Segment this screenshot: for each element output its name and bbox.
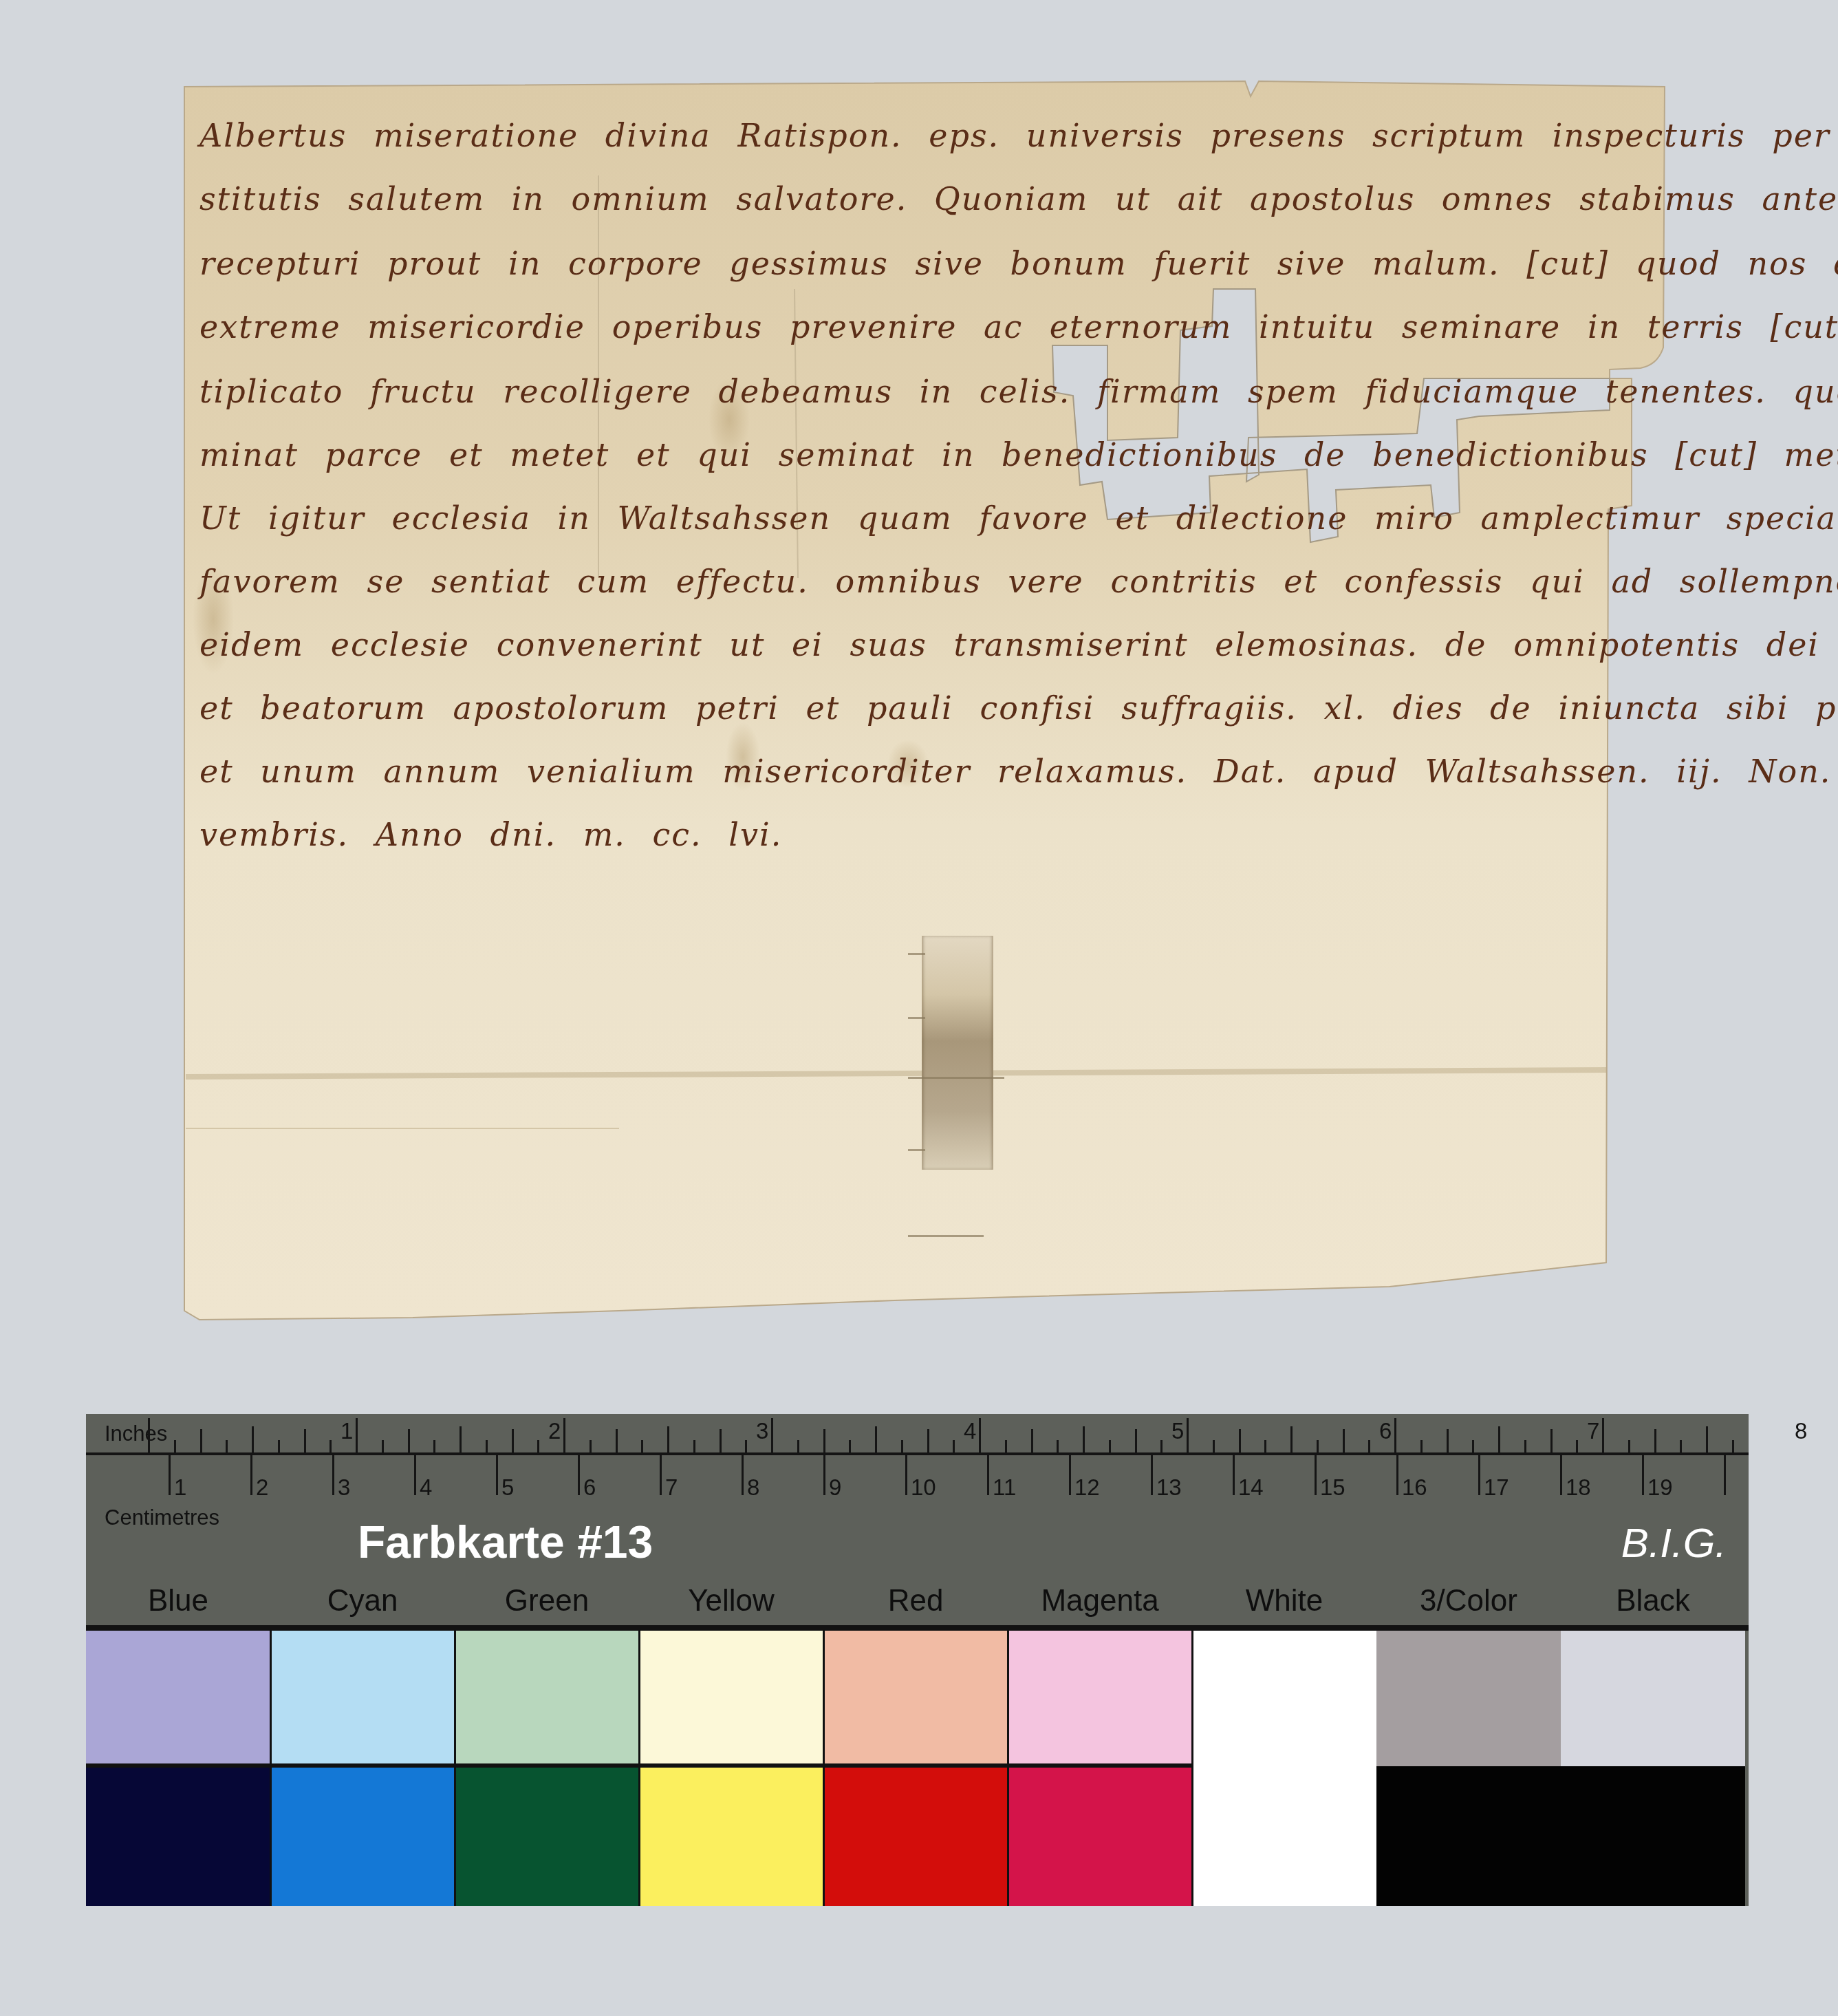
cm-tick [1560, 1455, 1562, 1495]
inch-tick [1290, 1426, 1293, 1454]
inch-tick [927, 1429, 929, 1454]
cm-tick [332, 1455, 334, 1495]
swatch-light-magenta [1008, 1631, 1192, 1766]
cm-tick [169, 1455, 171, 1495]
inch-tick [382, 1440, 384, 1454]
cm-tick [1642, 1455, 1644, 1495]
swatch-label-cyan: Cyan [270, 1586, 455, 1616]
inch-tick [1160, 1440, 1163, 1454]
swatch-separator [823, 1631, 825, 1906]
inch-tick [1187, 1418, 1189, 1454]
inch-tick [174, 1440, 176, 1454]
cm-number: 5 [501, 1476, 514, 1499]
inch-tick [641, 1440, 643, 1454]
inch-tick [459, 1426, 462, 1454]
cm-tick [987, 1455, 989, 1495]
inch-tick [1498, 1426, 1500, 1454]
inch-tick [693, 1440, 695, 1454]
swatch-dark-cyan [270, 1766, 455, 1906]
cm-number: 14 [1238, 1476, 1264, 1499]
inch-tick [953, 1440, 955, 1454]
inch-tick [1706, 1426, 1708, 1454]
cm-tick [250, 1455, 252, 1495]
seal-slit [908, 1017, 925, 1019]
cm-tick [1478, 1455, 1480, 1495]
cm-number: 12 [1074, 1476, 1100, 1499]
inch-tick [304, 1429, 306, 1454]
swatch-light-red [823, 1631, 1008, 1766]
swatch-label-3color: 3/Color [1376, 1586, 1561, 1616]
card-brand: B.I.G. [1621, 1523, 1727, 1564]
inch-tick [433, 1440, 435, 1454]
swatch-light-green [455, 1631, 639, 1766]
inch-tick [486, 1440, 488, 1454]
swatch-light-3color [1376, 1631, 1561, 1766]
swatch-label-green: Green [455, 1586, 639, 1616]
inch-tick [1264, 1440, 1266, 1454]
card-title: Farbkarte #13 [358, 1519, 653, 1565]
inch-tick [1057, 1440, 1059, 1454]
cm-number: 7 [665, 1476, 678, 1499]
cm-tick [1151, 1455, 1153, 1495]
cm-tick [496, 1455, 498, 1495]
inch-tick [1317, 1440, 1319, 1454]
cm-tick [578, 1455, 580, 1495]
inch-tick [1680, 1440, 1682, 1454]
inch-tick [200, 1429, 202, 1454]
cm-number: 1 [174, 1476, 186, 1499]
swatch-separator [638, 1631, 640, 1906]
swatch-label-magenta: Magenta [1008, 1586, 1192, 1616]
cm-number: 17 [1484, 1476, 1509, 1499]
cm-number: 11 [993, 1476, 1016, 1499]
seal-tag-strip [922, 936, 993, 1170]
inch-number: 7 [1587, 1419, 1599, 1442]
swatch-dark-black [1561, 1766, 1745, 1906]
inch-tick [901, 1440, 903, 1454]
cm-number: 16 [1402, 1476, 1427, 1499]
inch-tick [1394, 1418, 1396, 1454]
inch-tick [1343, 1429, 1345, 1454]
cm-number: 18 [1566, 1476, 1591, 1499]
inch-tick [148, 1418, 150, 1454]
swatch-separator [1191, 1631, 1193, 1906]
swatch-label-yellow: Yellow [639, 1586, 823, 1616]
cm-tick [1233, 1455, 1235, 1495]
cm-tick [1315, 1455, 1317, 1495]
cm-number: 19 [1647, 1476, 1673, 1499]
inch-number: 5 [1171, 1419, 1184, 1442]
cm-number: 9 [829, 1476, 841, 1499]
inch-tick [771, 1418, 773, 1454]
inch-tick [1654, 1429, 1656, 1454]
inch-tick [1005, 1440, 1007, 1454]
swatch-dark-blue [86, 1766, 270, 1906]
cm-number: 6 [583, 1476, 596, 1499]
inch-tick [979, 1418, 981, 1454]
swatch-label-red: Red [823, 1586, 1008, 1616]
swatch-separator [454, 1631, 456, 1906]
text-line-12: vembris. Anno dni. m. cc. lvi. [199, 816, 782, 853]
inch-tick [252, 1426, 254, 1454]
cm-tick [742, 1455, 744, 1495]
swatch-light-black [1561, 1631, 1745, 1766]
color-reference-card: Inches 12345678 123456789101112131415161… [86, 1414, 1749, 1906]
inch-tick [875, 1426, 877, 1454]
text-line-6: minat parce et metet et qui seminat in b… [199, 436, 1838, 473]
inch-number: 4 [964, 1419, 976, 1442]
seal-slit [908, 1149, 925, 1151]
inch-tick [1135, 1429, 1137, 1454]
inch-tick [1550, 1429, 1553, 1454]
inches-label: Inches [105, 1423, 167, 1444]
inch-tick [1472, 1440, 1474, 1454]
cm-tick [1724, 1455, 1726, 1495]
inch-tick [512, 1429, 514, 1454]
inch-tick [1083, 1426, 1085, 1454]
inch-tick [1239, 1429, 1241, 1454]
inch-tick [1109, 1440, 1111, 1454]
seal-slit [908, 953, 925, 955]
swatch-dark-magenta [1008, 1766, 1192, 1906]
text-line-11: et unum annum venialium misericorditer r… [199, 753, 1838, 790]
inch-tick [616, 1429, 618, 1454]
inch-number: 2 [548, 1419, 561, 1442]
inch-tick [563, 1418, 565, 1454]
cm-number: 8 [747, 1476, 759, 1499]
swatch-light-white [1192, 1631, 1376, 1766]
inch-tick [1213, 1440, 1215, 1454]
charter-parchment: Albertus miseratione divina Ratispon. ep… [0, 0, 1838, 1376]
swatch-dark-yellow [639, 1766, 823, 1906]
inch-tick [408, 1429, 410, 1454]
inch-tick [849, 1440, 851, 1454]
swatch-label-blue: Blue [86, 1586, 270, 1616]
cm-number: 10 [911, 1476, 936, 1499]
text-line-1: Albertus miseratione divina Ratispon. ep… [199, 117, 1838, 154]
cm-number: 15 [1320, 1476, 1345, 1499]
cm-tick [1069, 1455, 1071, 1495]
inch-tick [226, 1440, 228, 1454]
swatch-label-white: White [1192, 1586, 1376, 1616]
inch-tick [356, 1418, 358, 1454]
seal-slit [908, 1077, 1004, 1079]
inch-tick [797, 1440, 799, 1454]
seal-slit [908, 1235, 984, 1237]
inch-tick [720, 1429, 722, 1454]
text-line-5: tiplicato fructu recolligere debeamus in… [199, 373, 1838, 410]
swatch-separator [1007, 1631, 1009, 1906]
swatch-separator [270, 1631, 272, 1906]
swatch-label-black: Black [1561, 1586, 1745, 1616]
inch-tick [1524, 1440, 1526, 1454]
cm-tick [823, 1455, 825, 1495]
inch-tick [823, 1429, 825, 1454]
text-line-3: recepturi prout in corpore gessimus sive… [199, 245, 1838, 282]
inch-tick [329, 1440, 332, 1454]
inch-tick [590, 1440, 592, 1454]
inch-number: 8 [1795, 1419, 1807, 1442]
inch-tick [1447, 1429, 1449, 1454]
inch-tick [745, 1440, 747, 1454]
inch-tick [1628, 1440, 1630, 1454]
cm-number: 3 [338, 1476, 350, 1499]
swatch-divider [86, 1625, 1749, 1631]
inch-number: 6 [1379, 1419, 1392, 1442]
inch-tick [1732, 1440, 1734, 1454]
text-line-10: et beatorum apostolorum petri et pauli c… [199, 689, 1838, 727]
centimetres-label: Centimetres [105, 1507, 219, 1528]
cm-tick [905, 1455, 907, 1495]
swatch-light-cyan [270, 1631, 455, 1766]
swatch-light-yellow [639, 1631, 823, 1766]
text-line-7: Ut igitur ecclesia in Waltsahssen quam f… [199, 500, 1838, 537]
cm-tick [660, 1455, 662, 1495]
cm-number: 2 [256, 1476, 268, 1499]
inch-number: 3 [756, 1419, 768, 1442]
inch-tick [667, 1426, 669, 1454]
inch-tick [1368, 1440, 1370, 1454]
cm-tick [414, 1455, 416, 1495]
swatch-dark-green [455, 1766, 639, 1906]
text-line-9: eidem ecclesie convenerint ut ei suas tr… [199, 626, 1838, 663]
swatch-dark-red [823, 1766, 1008, 1906]
swatch-dark-white [1192, 1766, 1376, 1906]
text-line-2: stitutis salutem in omnium salvatore. Qu… [199, 180, 1838, 217]
cm-number: 13 [1156, 1476, 1182, 1499]
swatch-row-separator [86, 1763, 1192, 1768]
inch-tick [278, 1440, 280, 1454]
cm-tick [1396, 1455, 1398, 1495]
inch-tick [1420, 1440, 1423, 1454]
inch-tick [1602, 1418, 1604, 1454]
text-line-4: extreme misericordie operibus prevenire … [199, 308, 1838, 345]
inch-tick [537, 1440, 539, 1454]
swatch-light-blue [86, 1631, 270, 1766]
inch-tick [1576, 1440, 1578, 1454]
swatch-dark-3color [1376, 1766, 1561, 1906]
text-line-8: favorem se sentiat cum effectu. omnibus … [199, 563, 1838, 600]
inch-number: 1 [340, 1419, 353, 1442]
inch-tick [1031, 1429, 1033, 1454]
cm-number: 4 [420, 1476, 432, 1499]
